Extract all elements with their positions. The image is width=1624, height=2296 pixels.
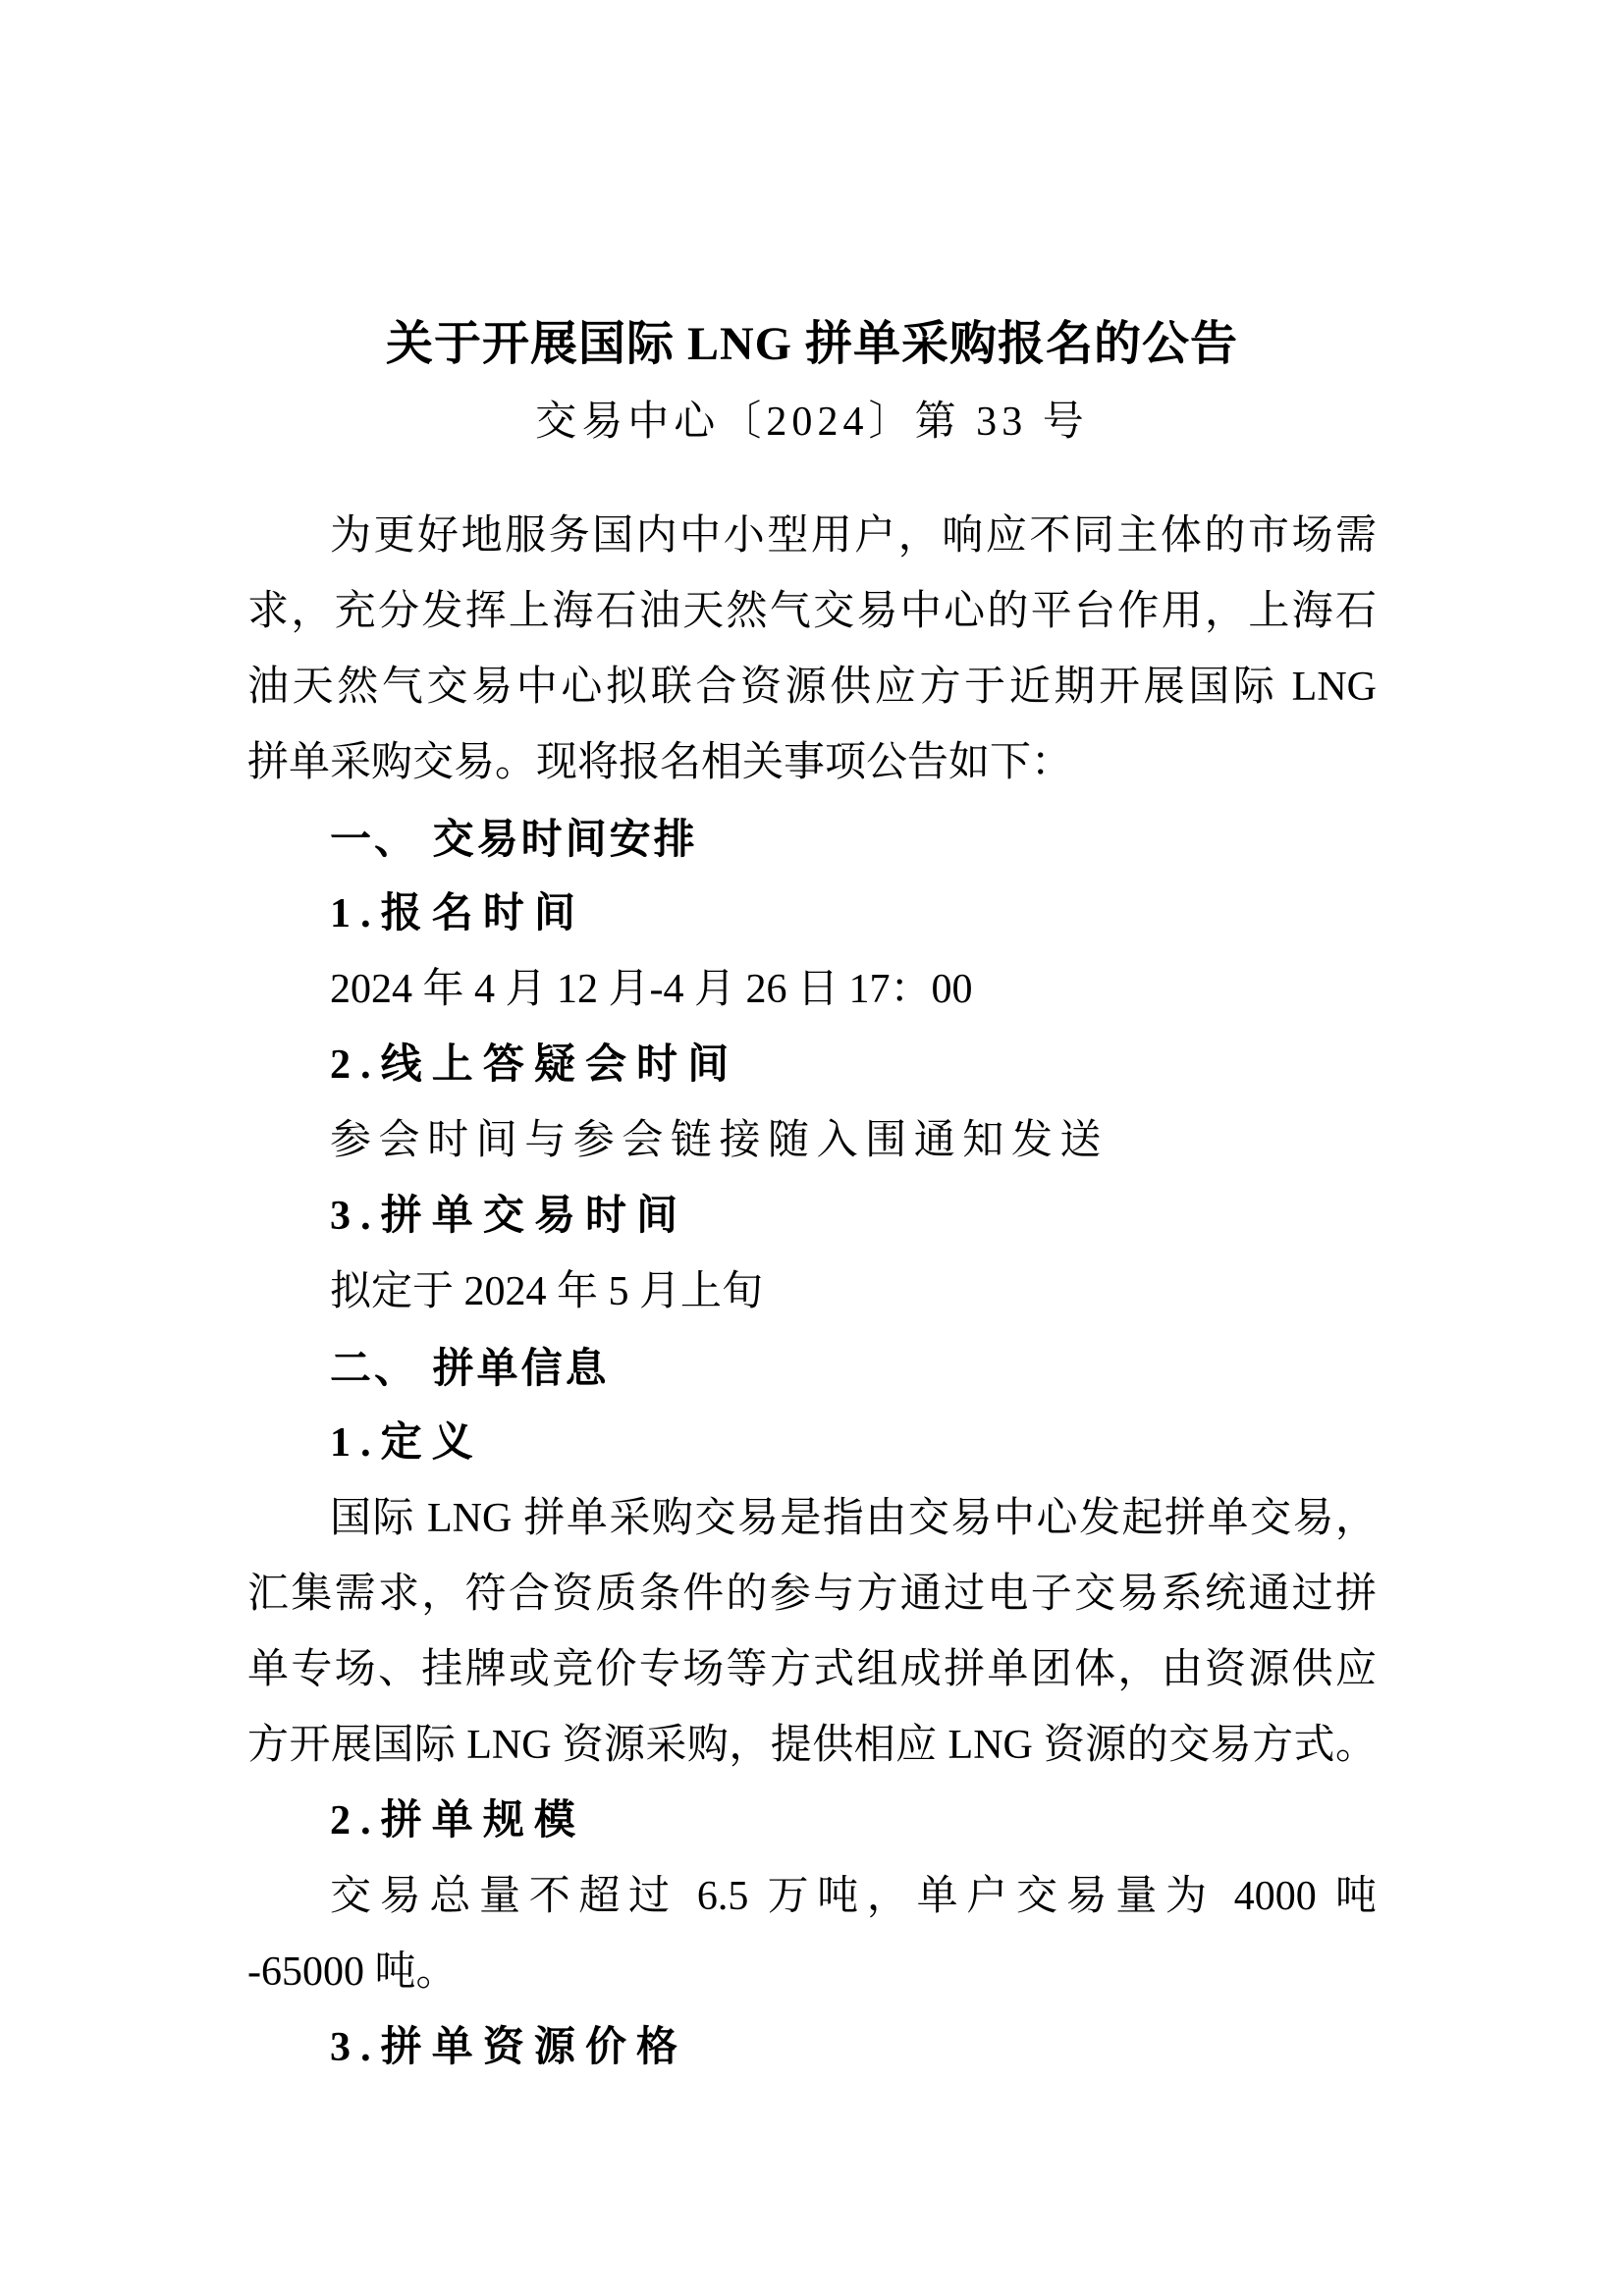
- section-2-item-1-line-1: 国际 LNG 拼单采购交易是指由交易中心发起拼单交易，: [247, 1481, 1377, 1557]
- document-page: 关于开展国际 LNG 拼单采购报名的公告 交易中心〔2024〕第 33 号 为更…: [0, 0, 1624, 2296]
- intro-line-2: 求，充分发挥上海石油天然气交易中心的平台作用，上海石: [247, 574, 1377, 650]
- section-1-item-2-heading: 2.线上答疑会时间: [247, 1028, 1377, 1103]
- section-2-heading: 二、 拼单信息: [247, 1330, 1377, 1406]
- document-body: 为更好地服务国内中小型用户，响应不同主体的市场需 求，充分发挥上海石油天然气交易…: [247, 499, 1377, 2086]
- section-2-item-3-heading: 3.拼单资源价格: [247, 2010, 1377, 2086]
- intro-line-4: 拼单采购交易。现将报名相关事项公告如下：: [247, 725, 1377, 801]
- document-number: 交易中心〔2024〕第 33 号: [0, 397, 1624, 448]
- section-2-item-1-line-3: 单专场、挂牌或竞价专场等方式组成拼单团体，由资源供应: [247, 1632, 1377, 1708]
- section-1-item-1-heading: 1.报名时间: [247, 877, 1377, 952]
- section-1-heading: 一、 交易时间安排: [247, 801, 1377, 877]
- section-2-item-1-line-4: 方开展国际 LNG 资源采购，提供相应 LNG 资源的交易方式。: [247, 1708, 1377, 1784]
- section-2-item-1-line-2: 汇集需求，符合资质条件的参与方通过电子交易系统通过拼: [247, 1557, 1377, 1632]
- intro-line-1: 为更好地服务国内中小型用户，响应不同主体的市场需: [247, 499, 1377, 574]
- intro-line-3: 油天然气交易中心拟联合资源供应方于近期开展国际 LNG: [247, 650, 1377, 725]
- section-1-item-2-body: 参会时间与参会链接随入围通知发送: [247, 1103, 1377, 1179]
- section-2-item-2-heading: 2.拼单规模: [247, 1784, 1377, 1859]
- section-2-item-2-line-1: 交易总量不超过 6.5 万吨，单户交易量为 4000 吨: [247, 1859, 1377, 1935]
- section-1-item-1-body: 2024 年 4 月 12 月-4 月 26 日 17：00: [247, 952, 1377, 1028]
- section-2-item-1-heading: 1.定义: [247, 1406, 1377, 1481]
- section-1-item-3-heading: 3.拼单交易时间: [247, 1179, 1377, 1255]
- section-1-item-3-body: 拟定于 2024 年 5 月上旬: [247, 1255, 1377, 1330]
- section-2-item-2-line-2: -65000 吨。: [247, 1935, 1377, 2010]
- document-title: 关于开展国际 LNG 拼单采购报名的公告: [0, 316, 1624, 373]
